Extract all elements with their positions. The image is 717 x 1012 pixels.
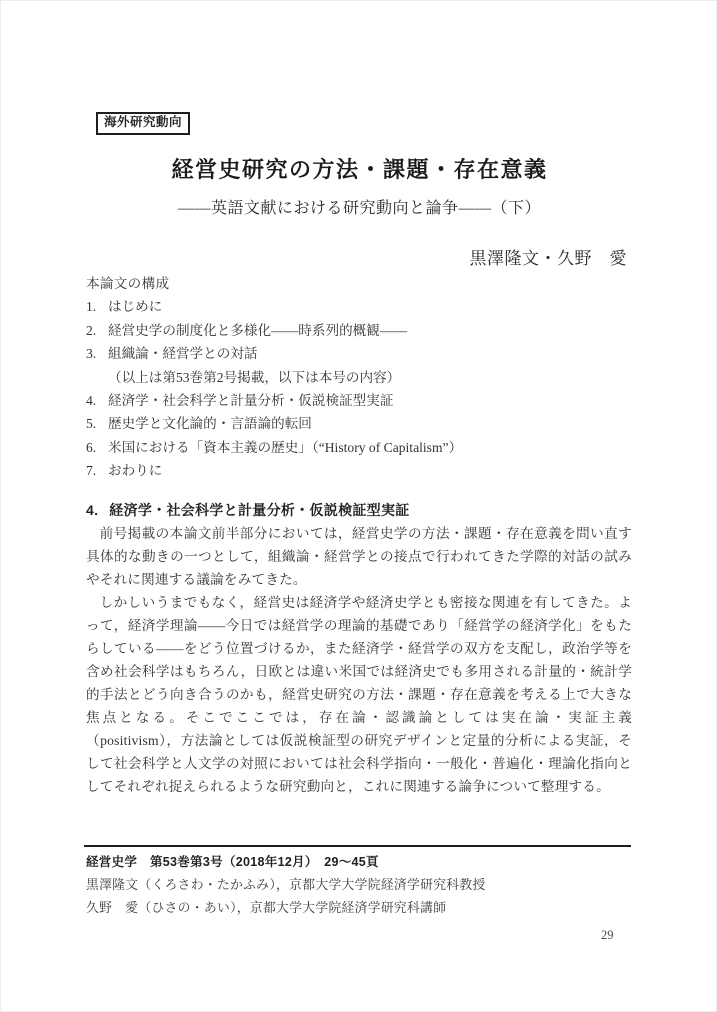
article-authors: 黒澤隆文・久野 愛 xyxy=(470,244,628,269)
toc-item-number: 4. xyxy=(86,389,108,412)
toc-item-number xyxy=(86,366,108,389)
toc-item-number: 5. xyxy=(86,412,108,435)
body-paragraph: 前号掲載の本論文前半部分においては，経営史学の方法・課題・存在意義を問い直す具体… xyxy=(86,522,632,591)
author-affiliation: 久野 愛（ひさの・あい），京都大学大学院経済学研究科講師 xyxy=(86,897,486,920)
article-body: 前号掲載の本論文前半部分においては，経営史学の方法・課題・存在意義を問い直す具体… xyxy=(86,522,632,798)
section-title: 経済学・社会科学と計量分析・仮説検証型実証 xyxy=(109,502,409,518)
toc-item: 6. 米国における「資本主義の歴史」（“History of Capitalis… xyxy=(86,436,634,459)
toc-heading: 本論文の構成 xyxy=(86,272,634,295)
toc-item-label: （以上は第53巻第2号掲載，以下は本号の内容） xyxy=(108,366,634,389)
toc-item: 1. はじめに xyxy=(86,295,634,318)
toc-item: 4. 経済学・社会科学と計量分析・仮説検証型実証 xyxy=(86,389,634,412)
category-label: 海外研究動向 xyxy=(104,115,182,129)
toc-item: 3. 組織論・経営学との対話 xyxy=(86,342,634,365)
toc-item-number: 3. xyxy=(86,342,108,365)
section-number: 4. xyxy=(86,502,98,518)
article-subtitle: ——英語文献における研究動向と論争——（下） xyxy=(1,195,717,218)
category-label-box: 海外研究動向 xyxy=(96,112,190,135)
toc-item-label: 歴史学と文化論的・言語論的転回 xyxy=(108,412,634,435)
toc-item: 5. 歴史学と文化論的・言語論的転回 xyxy=(86,412,634,435)
article-title: 経営史研究の方法・課題・存在意義 xyxy=(1,153,717,184)
toc-item-label: 組織論・経営学との対話 xyxy=(108,342,634,365)
footnote-divider xyxy=(84,845,631,847)
author-affiliation: 黒澤隆文（くろさわ・たかふみ），京都大学大学院経済学研究科教授 xyxy=(86,874,486,897)
author-affiliations: 黒澤隆文（くろさわ・たかふみ），京都大学大学院経済学研究科教授 久野 愛（ひさの… xyxy=(86,874,486,920)
page-number: 29 xyxy=(601,928,614,943)
toc-item-note: （以上は第53巻第2号掲載，以下は本号の内容） xyxy=(86,366,634,389)
toc-item-label: はじめに xyxy=(108,295,634,318)
toc-item-number: 2. xyxy=(86,319,108,342)
toc-item-label: 経済学・社会科学と計量分析・仮説検証型実証 xyxy=(108,389,634,412)
toc-item: 7. おわりに xyxy=(86,459,634,482)
toc-item: 2. 経営史学の制度化と多様化——時系列的概観—— xyxy=(86,319,634,342)
toc-item-label: 米国における「資本主義の歴史」（“History of Capitalism”） xyxy=(108,436,634,459)
toc-item-label: 経営史学の制度化と多様化——時系列的概観—— xyxy=(108,319,634,342)
body-paragraph: しかしいうまでもなく，経営史は経済学や経済史学とも密接な関連を有してきた。よって… xyxy=(86,591,632,798)
table-of-contents: 本論文の構成 1. はじめに 2. 経営史学の制度化と多様化——時系列的概観——… xyxy=(86,272,634,483)
journal-citation: 経営史学 第53巻第3号（2018年12月） 29～45頁 xyxy=(86,852,379,870)
toc-item-number: 6. xyxy=(86,436,108,459)
journal-page: 海外研究動向 経営史研究の方法・課題・存在意義 ——英語文献における研究動向と論… xyxy=(0,0,717,1012)
toc-item-label: おわりに xyxy=(108,459,634,482)
toc-item-number: 1. xyxy=(86,295,108,318)
toc-item-number: 7. xyxy=(86,459,108,482)
section-heading: 4.経済学・社会科学と計量分析・仮説検証型実証 xyxy=(86,500,410,520)
